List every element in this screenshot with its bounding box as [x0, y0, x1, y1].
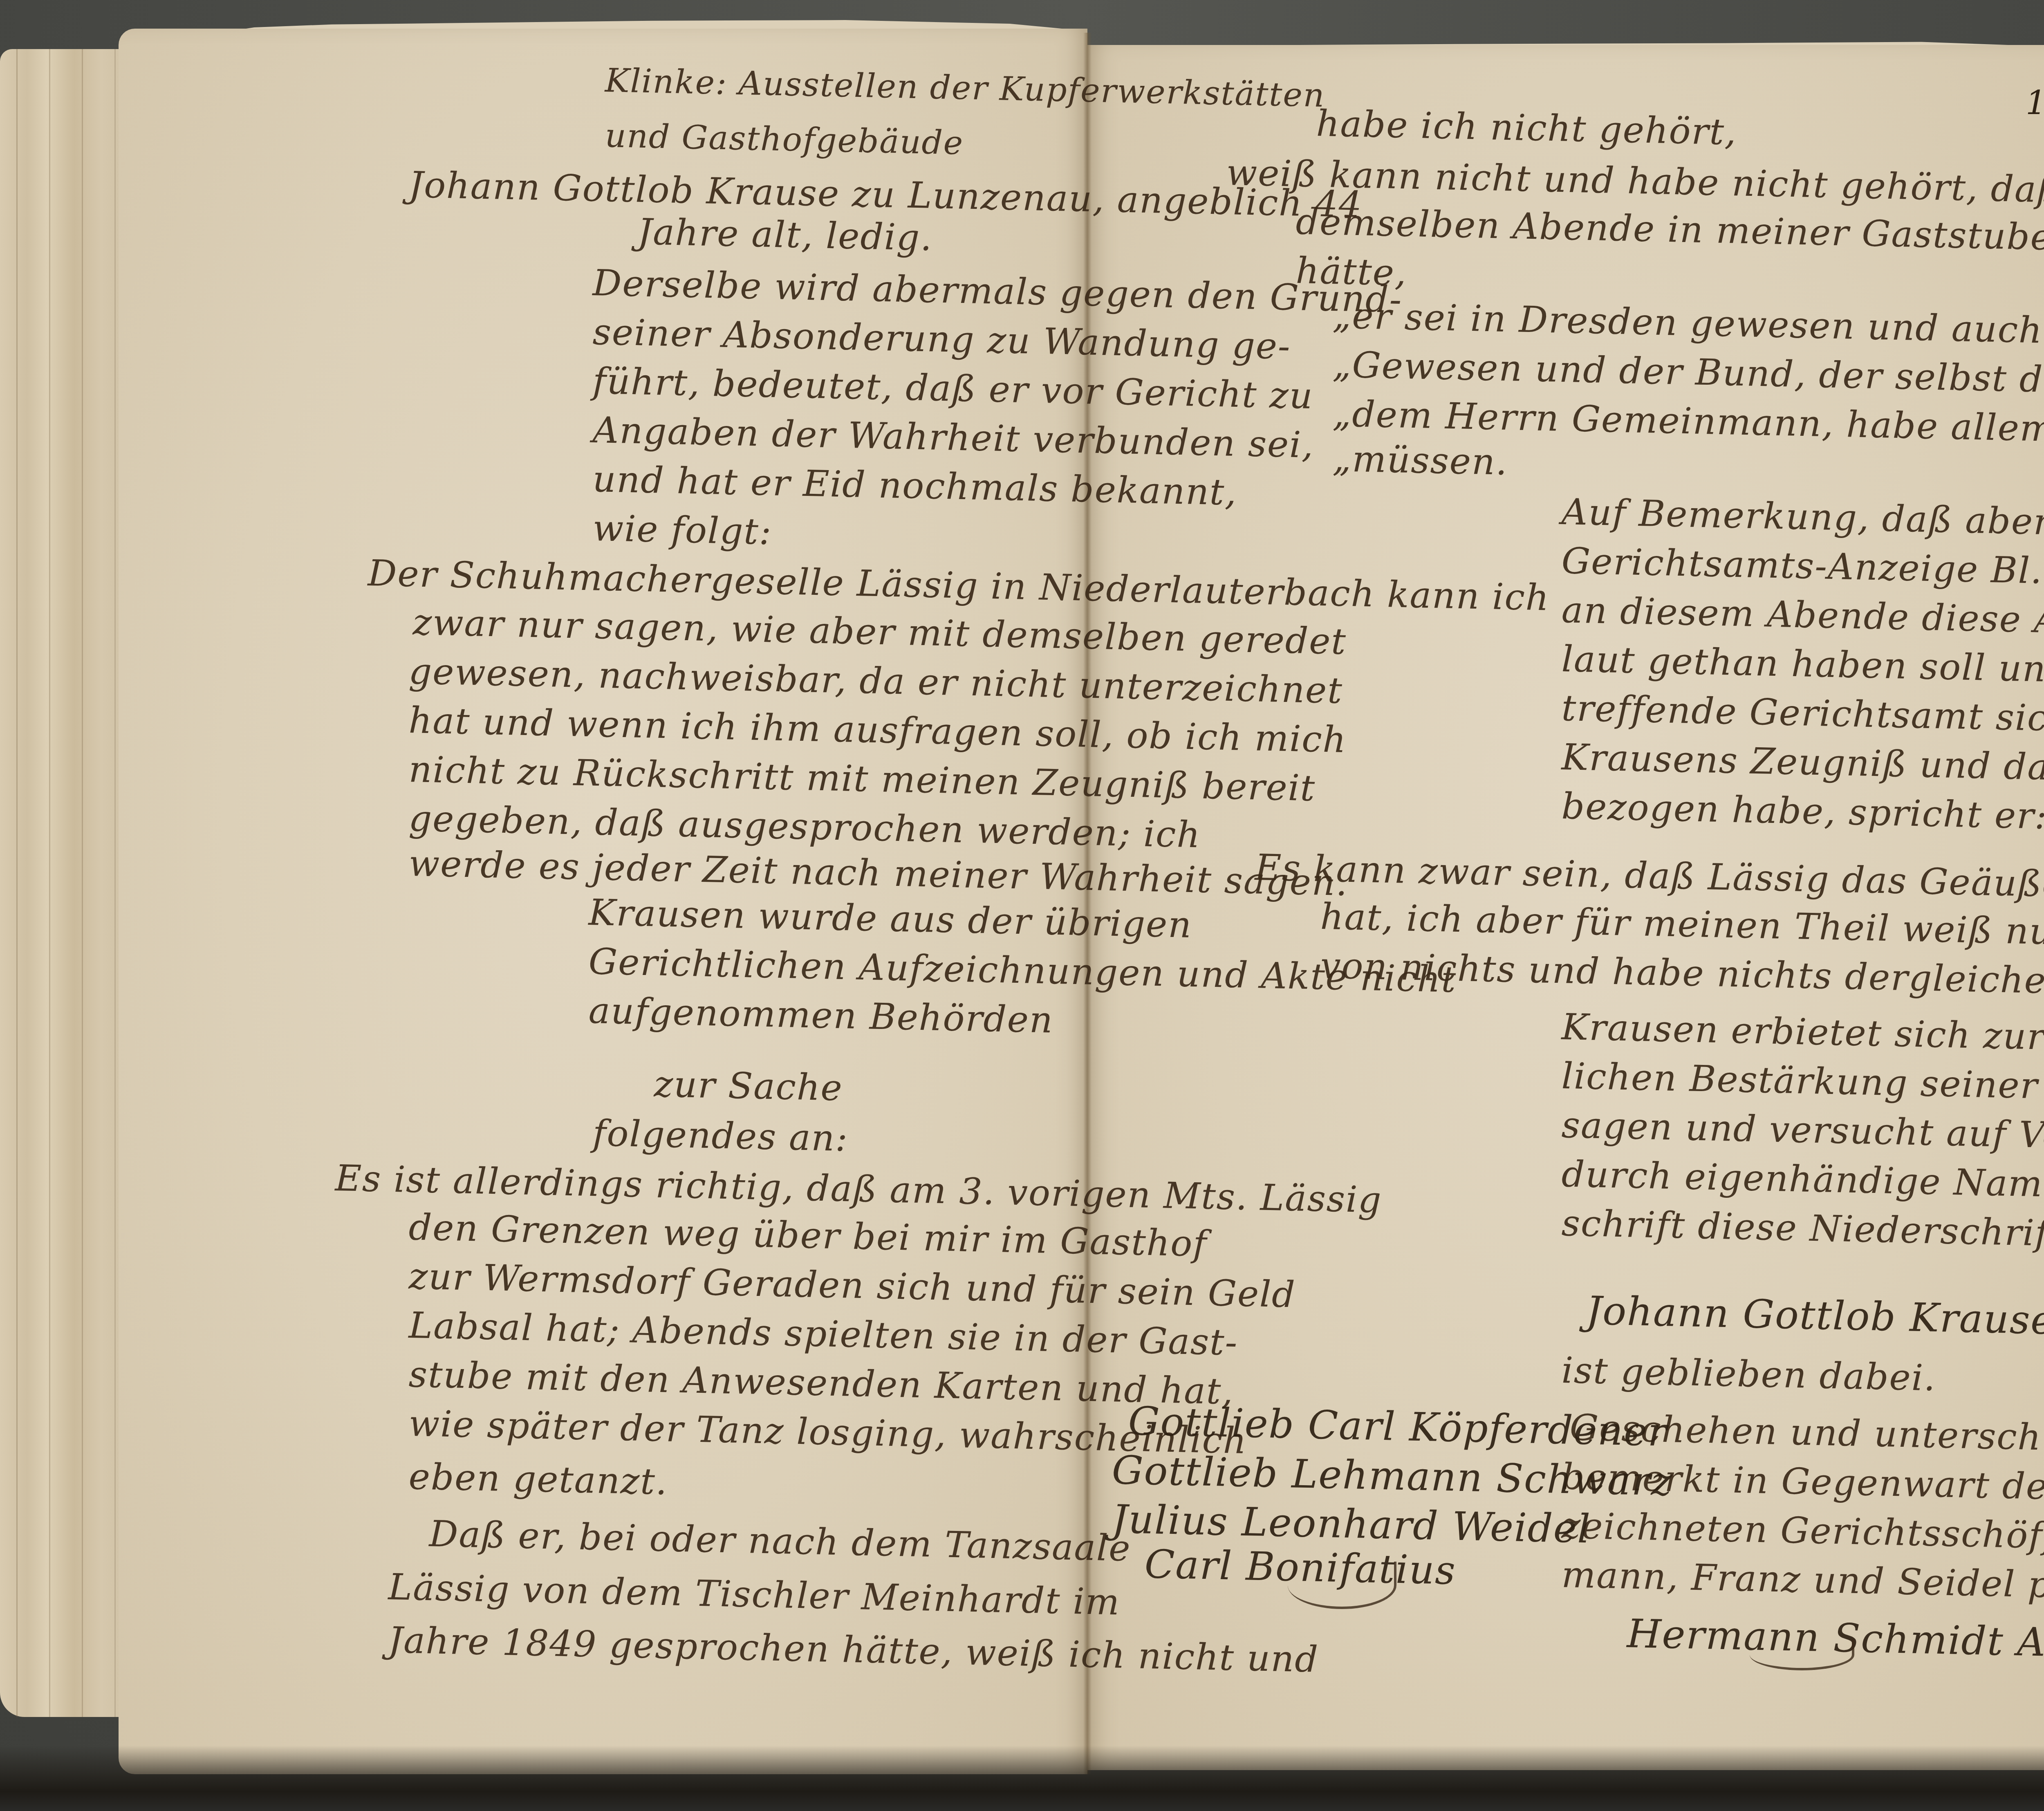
- handwritten-line: zur Sache: [654, 1063, 843, 1109]
- signature-flourish: [1288, 1562, 1396, 1609]
- handwritten-line: ist geblieben dabei.: [1561, 1349, 1936, 1399]
- handwritten-line: habe ich nicht gehört,: [1316, 102, 1737, 153]
- handwritten-line: eben getanzt.: [408, 1455, 668, 1503]
- left-page-stack: [0, 49, 135, 1717]
- signature-flourish: [1750, 1639, 1854, 1670]
- bottom-shadow: [0, 1746, 2044, 1811]
- quoted-line: „müssen.: [1332, 437, 1508, 483]
- handwritten-line: und Gasthofgebäude: [605, 117, 964, 162]
- handwritten-line: hätte,: [1295, 249, 1407, 294]
- handwritten-line: Jahre alt, ledig.: [637, 211, 933, 259]
- handwritten-line: folgendes an:: [592, 1112, 849, 1159]
- handwritten-line: wie folgt:: [592, 507, 773, 553]
- page-number: 15.: [2026, 84, 2044, 122]
